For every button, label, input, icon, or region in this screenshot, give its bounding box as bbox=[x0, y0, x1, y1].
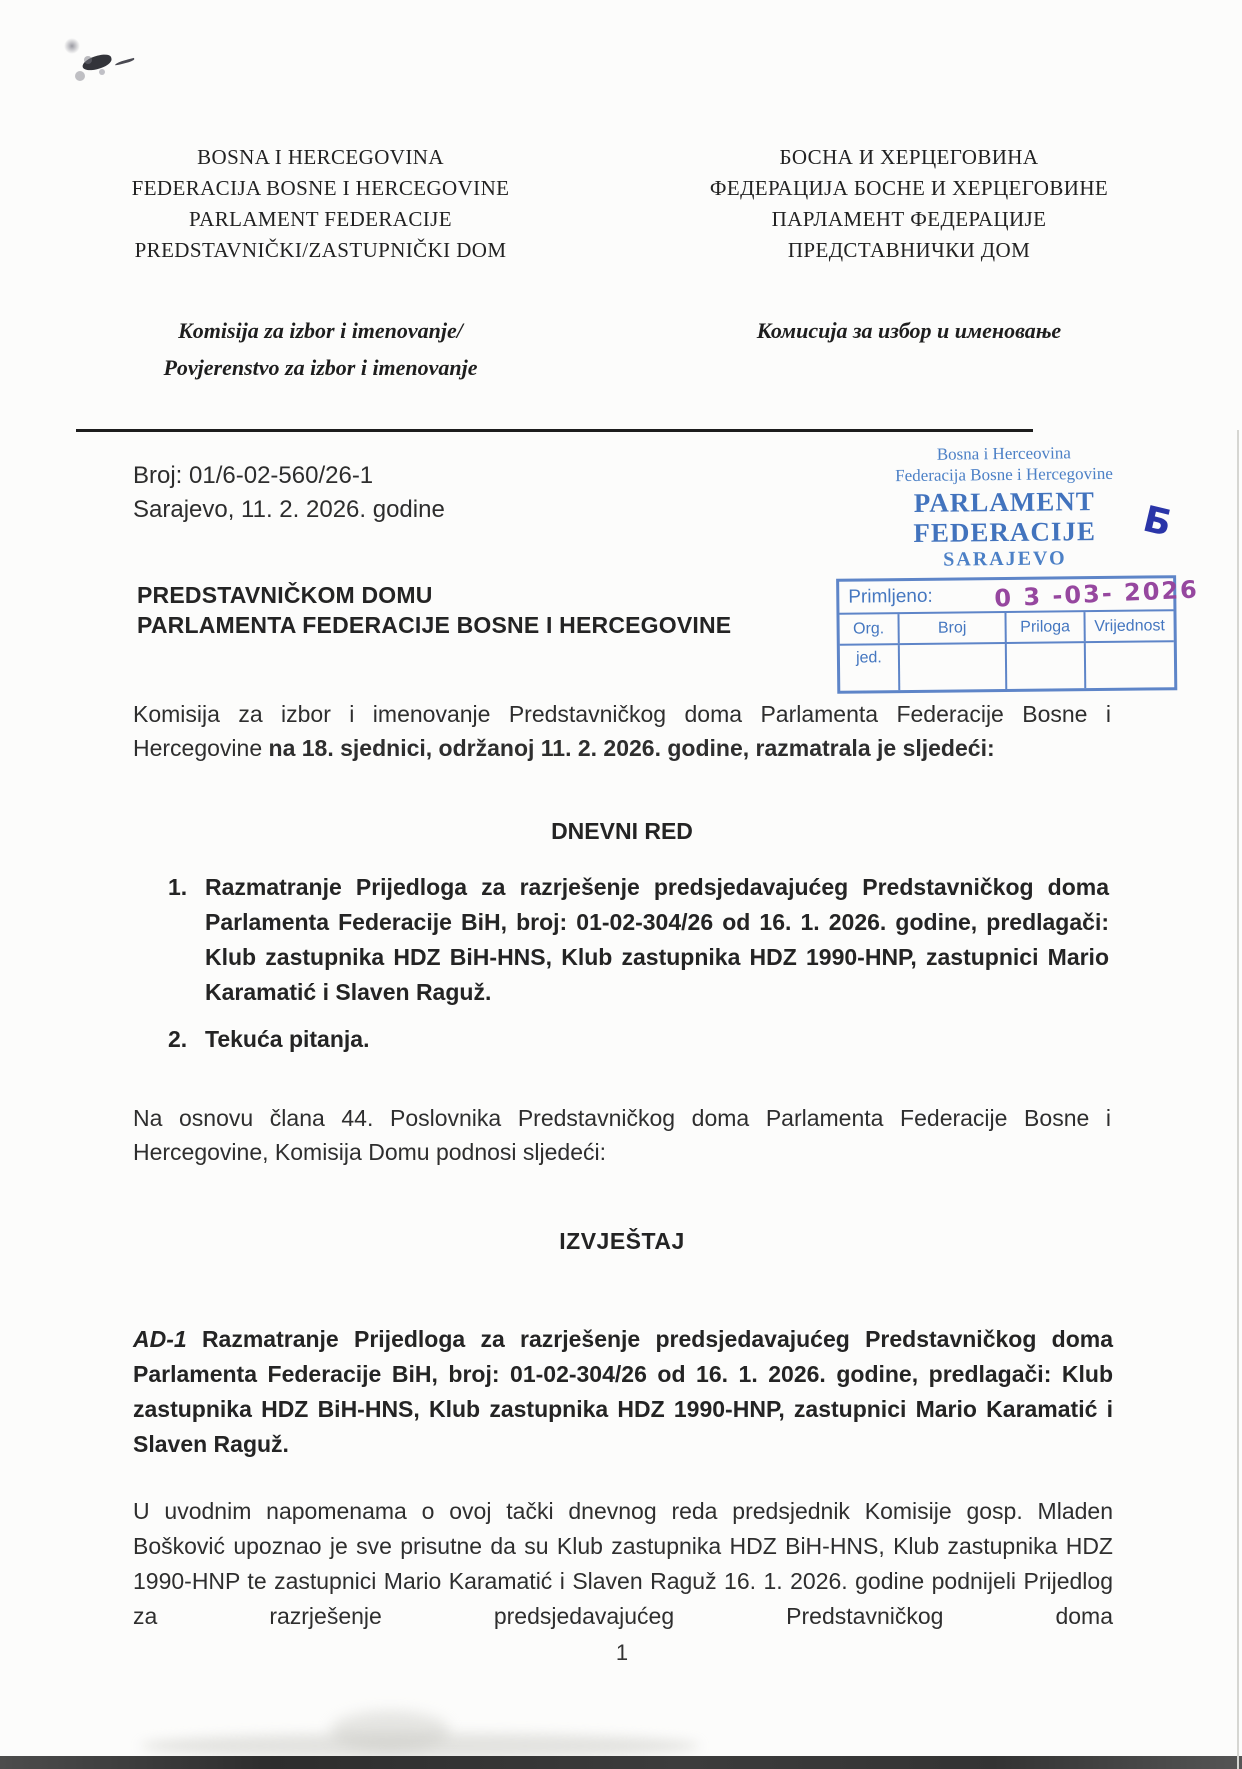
committee-name-latin: Komisija za izbor i imenovanje/ Povjeren… bbox=[88, 312, 553, 386]
intro-bold: na 18. sjednici, održanoj 11. 2. 2026. g… bbox=[269, 735, 995, 761]
scan-right-edge bbox=[1237, 430, 1239, 1769]
scan-bottom-edge bbox=[0, 1756, 1242, 1769]
document-page: BOSNA I HERCEGOVINA FEDERACIJA BOSNE I H… bbox=[0, 0, 1242, 1769]
recipient-line: PREDSTAVNIČKOM DOMU bbox=[137, 580, 731, 610]
agenda-item-text: Razmatranje Prijedloga za razrješenje pr… bbox=[205, 870, 1109, 1010]
committee-name-line: Komisija za izbor i imenovanje/ bbox=[88, 312, 553, 349]
agenda-item-text: Tekuća pitanja. bbox=[205, 1022, 1109, 1057]
ad1-paragraph: AD-1 Razmatranje Prijedloga za razrješen… bbox=[133, 1322, 1113, 1462]
reference-block: Broj: 01/6-02-560/26-1 Sarajevo, 11. 2. … bbox=[133, 459, 445, 527]
letterhead-line: БОСНА И ХЕРЦЕГОВИНА bbox=[660, 142, 1158, 173]
recipient-line: PARLAMENTA FEDERACIJE BOSNE I HERCEGOVIN… bbox=[137, 610, 731, 640]
document-date: Sarajevo, 11. 2. 2026. godine bbox=[133, 493, 445, 527]
stamp-city: SARAJEVO bbox=[828, 545, 1182, 574]
letterhead-latin: BOSNA I HERCEGOVINA FEDERACIJA BOSNE I H… bbox=[88, 142, 553, 386]
letterhead-line: FEDERACIJA BOSNE I HERCEGOVINE bbox=[88, 173, 553, 204]
received-stamp: Bosna i Herceovina Federacija Bosne i He… bbox=[827, 441, 1184, 694]
stamp-org-line: Federacija Bosne i Hercegovine bbox=[827, 462, 1181, 487]
stamp-empty-row bbox=[840, 642, 1174, 690]
recipient-block: PREDSTAVNIČKOM DOMU PARLAMENTA FEDERACIJ… bbox=[137, 580, 731, 640]
page-number: 1 bbox=[133, 1640, 1111, 1666]
agenda-item-2: 2. Tekuća pitanja. bbox=[168, 1022, 1109, 1057]
letterhead-cyrillic: БОСНА И ХЕРЦЕГОВИНА ФЕДЕРАЦИЈА БОСНЕ И Х… bbox=[660, 142, 1158, 349]
ad1-label: AD-1 bbox=[133, 1326, 187, 1352]
letterhead-line: PREDSTAVNIČKI/ZASTUPNIČKI DOM bbox=[88, 235, 553, 266]
agenda-item-1: 1. Razmatranje Prijedloga za razrješenje… bbox=[168, 870, 1109, 1010]
agenda-item-number: 2. bbox=[168, 1022, 205, 1057]
stamp-title: PARLAMENT FEDERACIJE bbox=[827, 485, 1182, 549]
stamp-received-date: 0 3 -03- 2026 bbox=[994, 574, 1200, 614]
committee-name-cyrillic: Комисија за избор и именовање bbox=[660, 312, 1158, 349]
letterhead-line: ПРЕДСТАВНИЧКИ ДОМ bbox=[660, 235, 1158, 266]
letterhead-line: ФЕДЕРАЦИЈА БОСНЕ И ХЕРЦЕГОВИНЕ bbox=[660, 173, 1158, 204]
stamp-empty-cell bbox=[840, 645, 900, 691]
report-heading: IZVJEŠTAJ bbox=[133, 1228, 1111, 1255]
document-number: Broj: 01/6-02-560/26-1 bbox=[133, 459, 445, 493]
report-body-paragraph: U uvodnim napomenama o ovoj tački dnevno… bbox=[133, 1494, 1113, 1634]
stamp-received-label: Primljeno: bbox=[848, 586, 933, 608]
ink-smudge bbox=[58, 36, 138, 96]
committee-name-line: Povjerenstvo za izbor i imenovanje bbox=[88, 349, 553, 386]
ad1-text: Razmatranje Prijedloga za razrješenje pr… bbox=[133, 1326, 1113, 1457]
stamp-header-row: Org. jed. Broj Priloga Vrijednost bbox=[839, 611, 1173, 645]
letterhead-line: BOSNA I HERCEGOVINA bbox=[88, 142, 553, 173]
letterhead-line: ПАРЛАМЕНТ ФЕДЕРАЦИЈЕ bbox=[660, 204, 1158, 235]
basis-paragraph: Na osnovu člana 44. Poslovnika Predstavn… bbox=[133, 1101, 1111, 1169]
letterhead-line: PARLAMENT FEDERACIJE bbox=[88, 204, 553, 235]
divider-line bbox=[76, 429, 1033, 432]
intro-paragraph: Komisija za izbor i imenovanje Predstavn… bbox=[133, 697, 1111, 765]
stamp-empty-cell bbox=[1086, 642, 1174, 688]
stamp-col-header: Vrijednost bbox=[1085, 611, 1173, 641]
stamp-empty-cell bbox=[900, 644, 1007, 690]
stamp-col-header: Org. jed. bbox=[839, 614, 899, 644]
stamp-col-header: Priloga bbox=[1006, 612, 1085, 642]
agenda-heading: DNEVNI RED bbox=[133, 818, 1111, 845]
stamp-empty-cell bbox=[1007, 643, 1086, 689]
agenda-item-number: 1. bbox=[168, 870, 205, 1010]
scan-smear bbox=[330, 1711, 450, 1751]
committee-name-line: Комисија за избор и именовање bbox=[660, 312, 1158, 349]
stamp-received-row: Primljeno: 0 3 -03- 2026 bbox=[839, 578, 1173, 614]
stamp-table: Primljeno: 0 3 -03- 2026 Org. jed. Broj … bbox=[836, 575, 1177, 694]
stamp-col-header: Broj bbox=[899, 613, 1006, 643]
